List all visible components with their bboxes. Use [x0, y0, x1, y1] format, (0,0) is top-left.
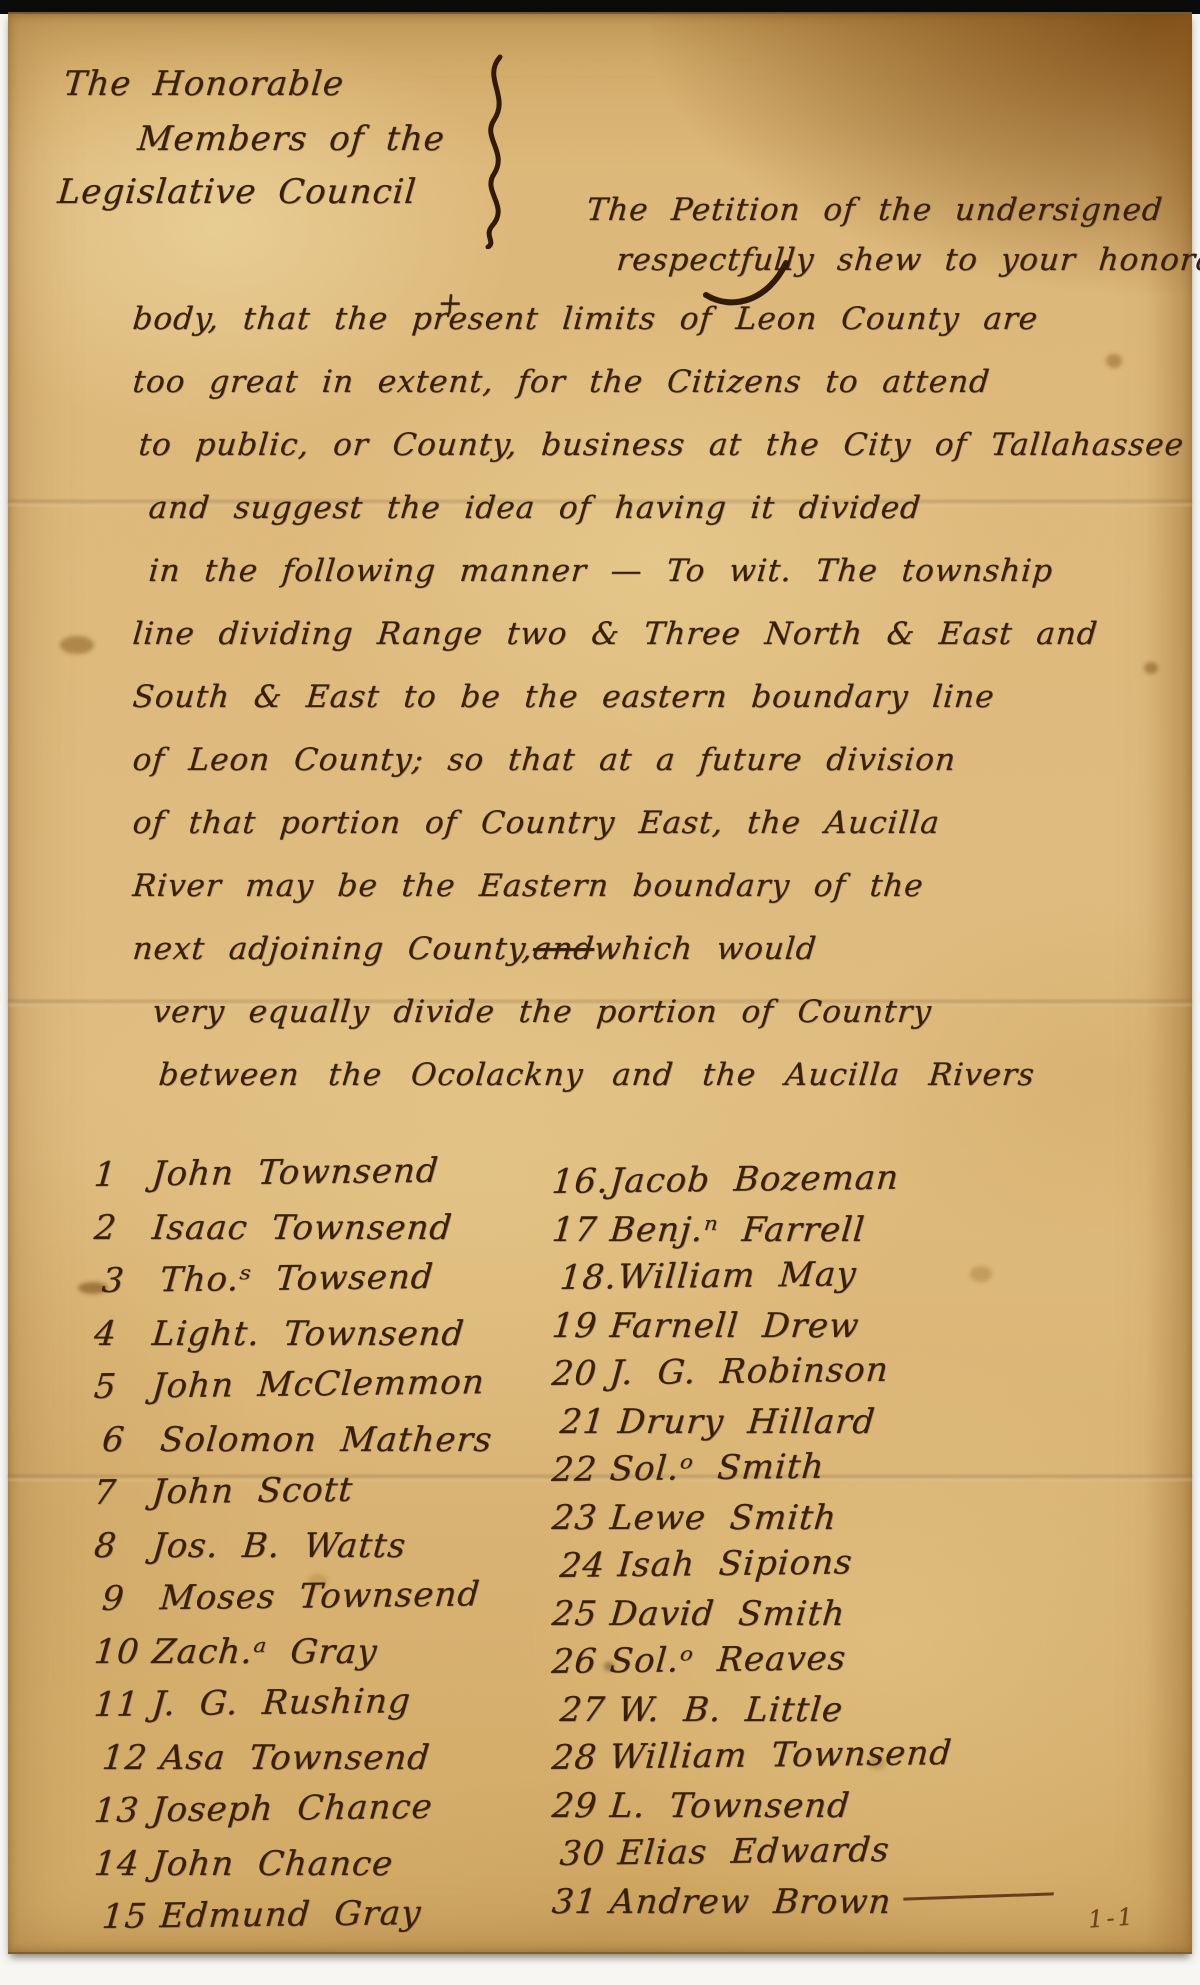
signature-name: Sol.ᵒ Smith — [608, 1447, 826, 1490]
signature-number: 13 — [92, 1790, 153, 1831]
signature-row: 16.Jacob Bozeman — [550, 1152, 1055, 1206]
body-line-8: of Leon County; so that at a future divi… — [130, 728, 1186, 791]
signature-number: 14 — [93, 1844, 154, 1884]
signature-name: Isaac Townsend — [151, 1208, 455, 1248]
page-number-label: 1-1 — [1087, 1902, 1136, 1933]
signature-name: Asa Townsend — [159, 1738, 432, 1778]
signature-name: J. G. Rushing — [151, 1681, 413, 1724]
signature-row: 6Solomon Mathers — [100, 1413, 495, 1466]
signature-name: Moses Townsend — [159, 1574, 482, 1618]
signature-row: 19Farnell Drew — [550, 1302, 1055, 1350]
signature-row: 21Drury Hillard — [558, 1398, 1055, 1446]
body-line-11-pre: next adjoining County, — [131, 931, 534, 967]
signature-row: 8Jos. B. Watts — [92, 1519, 495, 1572]
signature-row: 29L. Townsend — [550, 1782, 1055, 1830]
signature-name: W. B. Little — [616, 1690, 844, 1730]
signature-row: 22Sol.ᵒ Smith — [550, 1440, 1055, 1494]
signature-number: 9 — [100, 1578, 161, 1619]
body-line-13: between the Ocolackny and the Aucilla Ri… — [156, 1043, 1186, 1106]
signature-row: 31Andrew Brown — [550, 1878, 1055, 1926]
signature-number: 1 — [92, 1154, 153, 1195]
signature-name: J. G. Robinson — [608, 1350, 890, 1393]
signature-number: 25 — [550, 1594, 611, 1634]
signature-name: L. Townsend — [608, 1786, 851, 1826]
body-line-4: and suggest the idea of having it divide… — [146, 476, 1186, 539]
signature-row: 15Edmund Gray — [100, 1885, 494, 1943]
flourish-line — [904, 1892, 1055, 1900]
signature-number: 15 — [100, 1896, 161, 1937]
signature-name: Isah Sipions — [616, 1542, 854, 1585]
body-line-11-post: which would — [593, 931, 819, 967]
signature-number: 12 — [101, 1738, 162, 1778]
signature-row: 5John McClemmon — [92, 1355, 494, 1413]
signature-name: Elias Edwards — [616, 1830, 891, 1873]
signature-row: 20J. G. Robinson — [550, 1344, 1055, 1398]
signature-number: 31 — [550, 1882, 611, 1922]
signature-name: Lewe Smith — [608, 1498, 838, 1538]
signature-row: 2Isaac Townsend — [92, 1201, 495, 1254]
body-line-1: body, that the present limits of Leon Co… — [130, 287, 1186, 350]
body-line-11: next adjoining County, and which would — [130, 917, 1186, 980]
signature-number: 28 — [550, 1737, 611, 1778]
signature-number: 19 — [550, 1306, 611, 1346]
signature-number: 10 — [93, 1632, 154, 1672]
body-line-2: too great in extent, for the Citizens to… — [130, 350, 1186, 413]
signature-name: Sol.ᵒ Reaves — [608, 1638, 847, 1681]
signature-name: Jos. B. Watts — [151, 1526, 408, 1566]
signature-row: 10Zach.ᵃ Gray — [92, 1625, 495, 1678]
signature-number: 30 — [558, 1833, 619, 1874]
signature-row: 3Tho.ˢ Towsend — [100, 1249, 494, 1307]
signature-row: 7John Scott — [92, 1461, 494, 1519]
signature-number: 21 — [558, 1402, 619, 1442]
signature-row: 13Joseph Chance — [92, 1779, 494, 1837]
body-line-5: in the following manner — To wit. The to… — [146, 539, 1186, 602]
signature-row: 27W. B. Little — [558, 1686, 1055, 1734]
signature-row: 4Light. Townsend — [92, 1307, 495, 1360]
signature-row: 11J. G. Rushing — [92, 1673, 494, 1731]
signature-number: 24 — [558, 1545, 619, 1586]
signature-name: Drury Hillard — [616, 1402, 877, 1442]
signature-row: 24Isah Sipions — [558, 1536, 1055, 1590]
body-line-10: River may be the Eastern boundary of the — [130, 854, 1186, 917]
body-line-9: of that portion of Country East, the Auc… — [130, 791, 1186, 854]
signature-row: 18.William May — [558, 1248, 1055, 1302]
signature-row: 28William Townsend — [550, 1728, 1055, 1782]
signature-name: Edmund Gray — [159, 1893, 423, 1936]
heading-line-3: Legislative Council — [56, 172, 418, 212]
signature-row: 30Elias Edwards — [558, 1824, 1055, 1878]
signature-number: 23 — [550, 1498, 611, 1538]
brace-mark — [470, 54, 522, 249]
signature-number: 11 — [92, 1684, 153, 1725]
signature-row: 17Benj.ⁿ Farrell — [550, 1206, 1055, 1254]
signature-number: 16. — [550, 1161, 611, 1202]
signature-name: Zach.ᵃ Gray — [151, 1632, 380, 1672]
signature-name: Joseph Chance — [151, 1786, 435, 1829]
stain — [60, 636, 94, 654]
petition-body: body, that the present limits of Leon Co… — [130, 287, 1180, 1106]
signature-number: 20 — [550, 1353, 611, 1394]
heading-line-2: Members of the — [136, 119, 447, 159]
signature-number: 5 — [92, 1366, 153, 1407]
signature-column-right: 16.Jacob Bozeman 17Benj.ⁿ Farrell 18.Wil… — [550, 1158, 1051, 1926]
body-line-7: South & East to be the eastern boundary … — [130, 665, 1186, 728]
signature-name: John McClemmon — [151, 1362, 487, 1406]
signature-name: Benj.ⁿ Farrell — [608, 1210, 866, 1250]
opening-line-1: The Petition of the undersigned — [585, 192, 1164, 228]
signature-row: 23Lewe Smith — [550, 1494, 1055, 1542]
signature-column-left: 1John Townsend 2Isaac Townsend 3Tho.ˢ To… — [92, 1148, 490, 1943]
signature-name: Tho.ˢ Towsend — [159, 1256, 436, 1299]
body-line-6: line dividing Range two & Three North & … — [130, 602, 1186, 665]
signature-name: Jacob Bozeman — [608, 1158, 900, 1202]
signature-name: William Townsend — [608, 1733, 953, 1777]
signature-number: 27 — [558, 1690, 619, 1730]
signature-number: 22 — [550, 1449, 611, 1490]
signature-name: Farnell Drew — [608, 1306, 861, 1346]
signature-name: Light. Townsend — [151, 1314, 467, 1354]
signature-number: 26 — [550, 1641, 611, 1682]
signature-name: David Smith — [608, 1594, 847, 1634]
struck-word: and — [531, 931, 595, 967]
signature-number: 4 — [93, 1314, 154, 1354]
signature-row: 26Sol.ᵒ Reaves — [550, 1632, 1055, 1686]
signature-name: John Scott — [151, 1469, 355, 1511]
signature-row: 25David Smith — [550, 1590, 1055, 1638]
signature-row: 1John Townsend — [92, 1143, 494, 1201]
signature-name: John Chance — [151, 1844, 395, 1884]
signature-name: John Townsend — [151, 1150, 441, 1193]
signature-row: 14John Chance — [92, 1837, 495, 1890]
signature-number: 8 — [93, 1526, 154, 1566]
body-line-12: very equally divide the portion of Count… — [150, 980, 1186, 1043]
heading-line-1: The Honorable — [62, 64, 346, 104]
signature-number: 6 — [101, 1420, 162, 1460]
signature-name: William May — [616, 1254, 858, 1297]
signature-number: 17 — [550, 1210, 611, 1250]
signature-number: 2 — [93, 1208, 154, 1248]
signature-row: 9Moses Townsend — [100, 1567, 494, 1625]
document-page: The Honorable Members of the Legislative… — [8, 12, 1192, 1954]
signature-number: 29 — [550, 1786, 611, 1826]
signature-name: Solomon Mathers — [159, 1420, 494, 1460]
signature-number: 3 — [100, 1260, 161, 1301]
signature-number: 18. — [558, 1257, 619, 1298]
signature-name: Andrew Brown — [608, 1882, 893, 1922]
signature-number: 7 — [92, 1472, 153, 1513]
signature-row: 12Asa Townsend — [100, 1731, 495, 1784]
body-line-3: to public, or County, business at the Ci… — [136, 413, 1186, 476]
